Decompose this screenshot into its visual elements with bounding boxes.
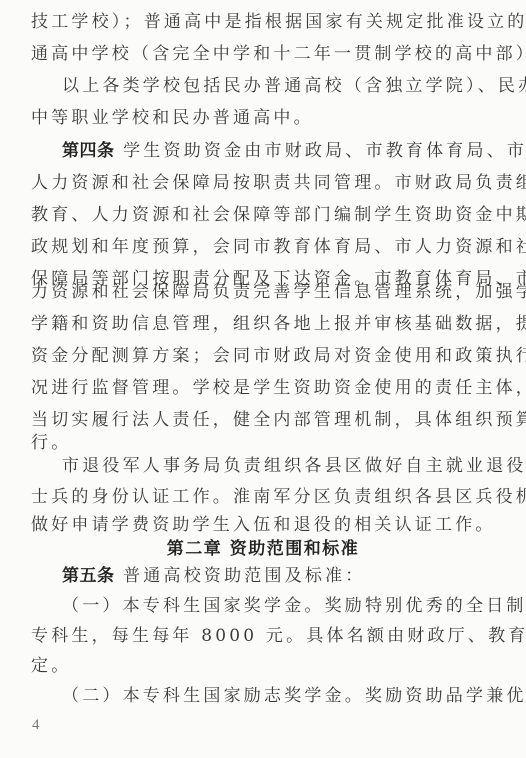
article-4-label: 第四条 xyxy=(62,141,115,161)
text-line: 中等职业学校和民办普通高中。 xyxy=(31,107,445,129)
text-line: 定。 xyxy=(31,655,445,677)
text-line: 资金分配测算方案；会同市财政局对资金使用和政策执行情 xyxy=(31,345,445,367)
text-line: 政规划和年度预算，会同市教育体育局、市人力资源和社会 xyxy=(31,236,445,258)
text-line: 技工学校）；普通高中是指根据国家有关规定批准设立的普 xyxy=(31,11,445,33)
text-line: （二）本专科生国家励志奖学金。奖励资助品学兼优家 xyxy=(62,685,445,707)
page-number: 4 xyxy=(32,717,40,734)
text-line: 士兵的身份认证工作。淮南军分区负责组织各县区兵役机关 xyxy=(31,486,445,508)
article-5-label: 第五条 xyxy=(62,566,115,586)
article-4-text: 学生资助资金由市财政局、市教育体育局、市 xyxy=(123,141,526,161)
text-line: 市退役军人事务局负责组织各县区做好自主就业退役 xyxy=(62,455,445,477)
text-line: 通高中学校（含完全中学和十二年一贯制学校的高中部）。 xyxy=(31,43,445,65)
text-line: 力资源和社会保障局负责完善学生信息管理系统，加强学生 xyxy=(31,281,445,303)
text-line: 当切实履行法人责任，健全内部管理机制，具体组织预算执 xyxy=(31,409,445,431)
document-page: 技工学校）；普通高中是指根据国家有关规定批准设立的普 通高中学校（含完全中学和十… xyxy=(0,0,526,758)
text-line: 学籍和资助信息管理，组织各地上报并审核基础数据，提出 xyxy=(31,313,445,335)
article-5-text: 普通高校资助范围及标准： xyxy=(123,566,365,586)
text-line: 行。 xyxy=(31,432,445,454)
article-5-first-line: 第五条 普通高校资助范围及标准： xyxy=(62,565,445,587)
chapter-heading: 第二章 资助范围和标准 xyxy=(0,538,526,560)
text-line: 况进行监督管理。学校是学生资助资金使用的责任主体，应 xyxy=(31,377,445,399)
text-line: 教育、人力资源和社会保障等部门编制学生资助资金中期财 xyxy=(31,204,445,226)
text-line: 专科生，每生每年 8000 元。具体名额由财政厅、教育厅确 xyxy=(31,625,445,647)
text-line: 做好申请学费资助学生入伍和退役的相关认证工作。 xyxy=(31,514,445,536)
text-line: 以上各类学校包括民办普通高校（含独立学院）、民办 xyxy=(62,75,445,97)
article-4-first-line: 第四条 学生资助资金由市财政局、市教育体育局、市 xyxy=(62,140,445,162)
text-line: 人力资源和社会保障局按职责共同管理。市财政局负责组织 xyxy=(31,172,445,194)
text-line: （一）本专科生国家奖学金。奖励特别优秀的全日制本 xyxy=(62,595,445,617)
